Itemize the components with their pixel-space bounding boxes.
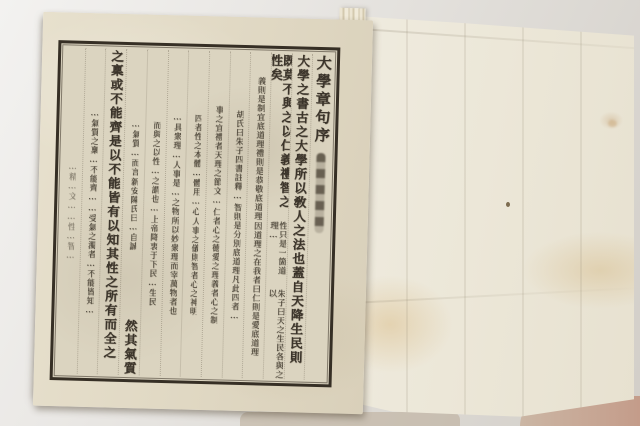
- left-printed-page: 大學章句序大學之書古之大學所以敎人之法也蓋自天降生民則既莫不與之以仁義禮智之性矣…: [33, 12, 373, 415]
- commentary-segment: …性…智……精…文…: [62, 48, 79, 373]
- book-title-text: 大學章句序: [313, 55, 330, 145]
- stain-spot: [608, 120, 617, 127]
- page-edge-below: [240, 412, 460, 426]
- commentary-subcolumn-left: …氣質…而言: [129, 119, 139, 176]
- commentary-segment: 新安陳氏曰…自誠…氣質…而言: [126, 50, 142, 319]
- text-columns: 大學章句序大學之書古之大學所以敎人之法也蓋自天降生民則既莫不與之以仁義禮智之性矣…: [57, 47, 333, 380]
- photo-open-antique-book: 大學章句序大學之書古之大學所以敎人之法也蓋自天降生民則既莫不與之以仁義禮智之性矣…: [0, 0, 640, 426]
- commentary-subcolumn-left: 而與之以性…之謂也…: [149, 120, 160, 213]
- commentary-subcolumn-left: …精…文…: [66, 161, 76, 211]
- paper-fold-creases: [350, 4, 634, 420]
- commentary-subcolumn-left: 四者性之本體…體用…心: [191, 113, 203, 215]
- commentary-subcolumn-right: 上帝降衷于下民…生民: [147, 214, 158, 306]
- main-text-segment: 然其氣質: [122, 319, 136, 376]
- commentary-subcolumn-right: 人事之儀則智者心之神明: [188, 216, 200, 315]
- commentary-subcolumn-left: 性只是一箇道理…: [267, 221, 287, 288]
- woodblock-border-frame: 大學章句序大學之書古之大學所以敎人之法也蓋自天降生民則既莫不與之以仁義禮智之性矣…: [50, 40, 341, 387]
- commentary-subcolumn-right: 新安陳氏曰…自誠: [128, 177, 139, 251]
- ink-smudge: [314, 153, 325, 233]
- commentary-subcolumn-right: 所以妙衆理而宰萬物者也: [167, 216, 179, 315]
- commentary-subcolumn-right: 智則是分別底道理凡此四者…: [229, 202, 241, 321]
- commentary-subcolumn-left: 義則是制宜底道理禮則是恭敬底道理: [252, 76, 265, 220]
- commentary-subcolumn-left: 事之宜禮者天理之節文…: [211, 106, 223, 207]
- ink-speck: [506, 202, 510, 207]
- commentary-subcolumn-right: …性…智…: [65, 211, 75, 261]
- commentary-subcolumn-right: 因道理之在我者曰仁則是愛底道理: [249, 221, 261, 356]
- right-blank-page: [350, 4, 634, 420]
- commentary-subcolumn-left: 胡氏曰朱子四書註釋…: [232, 110, 243, 202]
- commentary-subcolumn-left: …具衆理…人事是…之物: [170, 112, 182, 216]
- commentary-subcolumn-right: …受氣之濁者…不能皆知…: [84, 203, 96, 316]
- commentary-subcolumn-right: 朱子曰天之生民各與之以: [265, 289, 285, 380]
- commentary-subcolumn-left: …氣質之稟…不能齊…: [87, 108, 98, 203]
- commentary-subcolumn-right: 仁者心之德愛之理義者心之制: [208, 207, 220, 324]
